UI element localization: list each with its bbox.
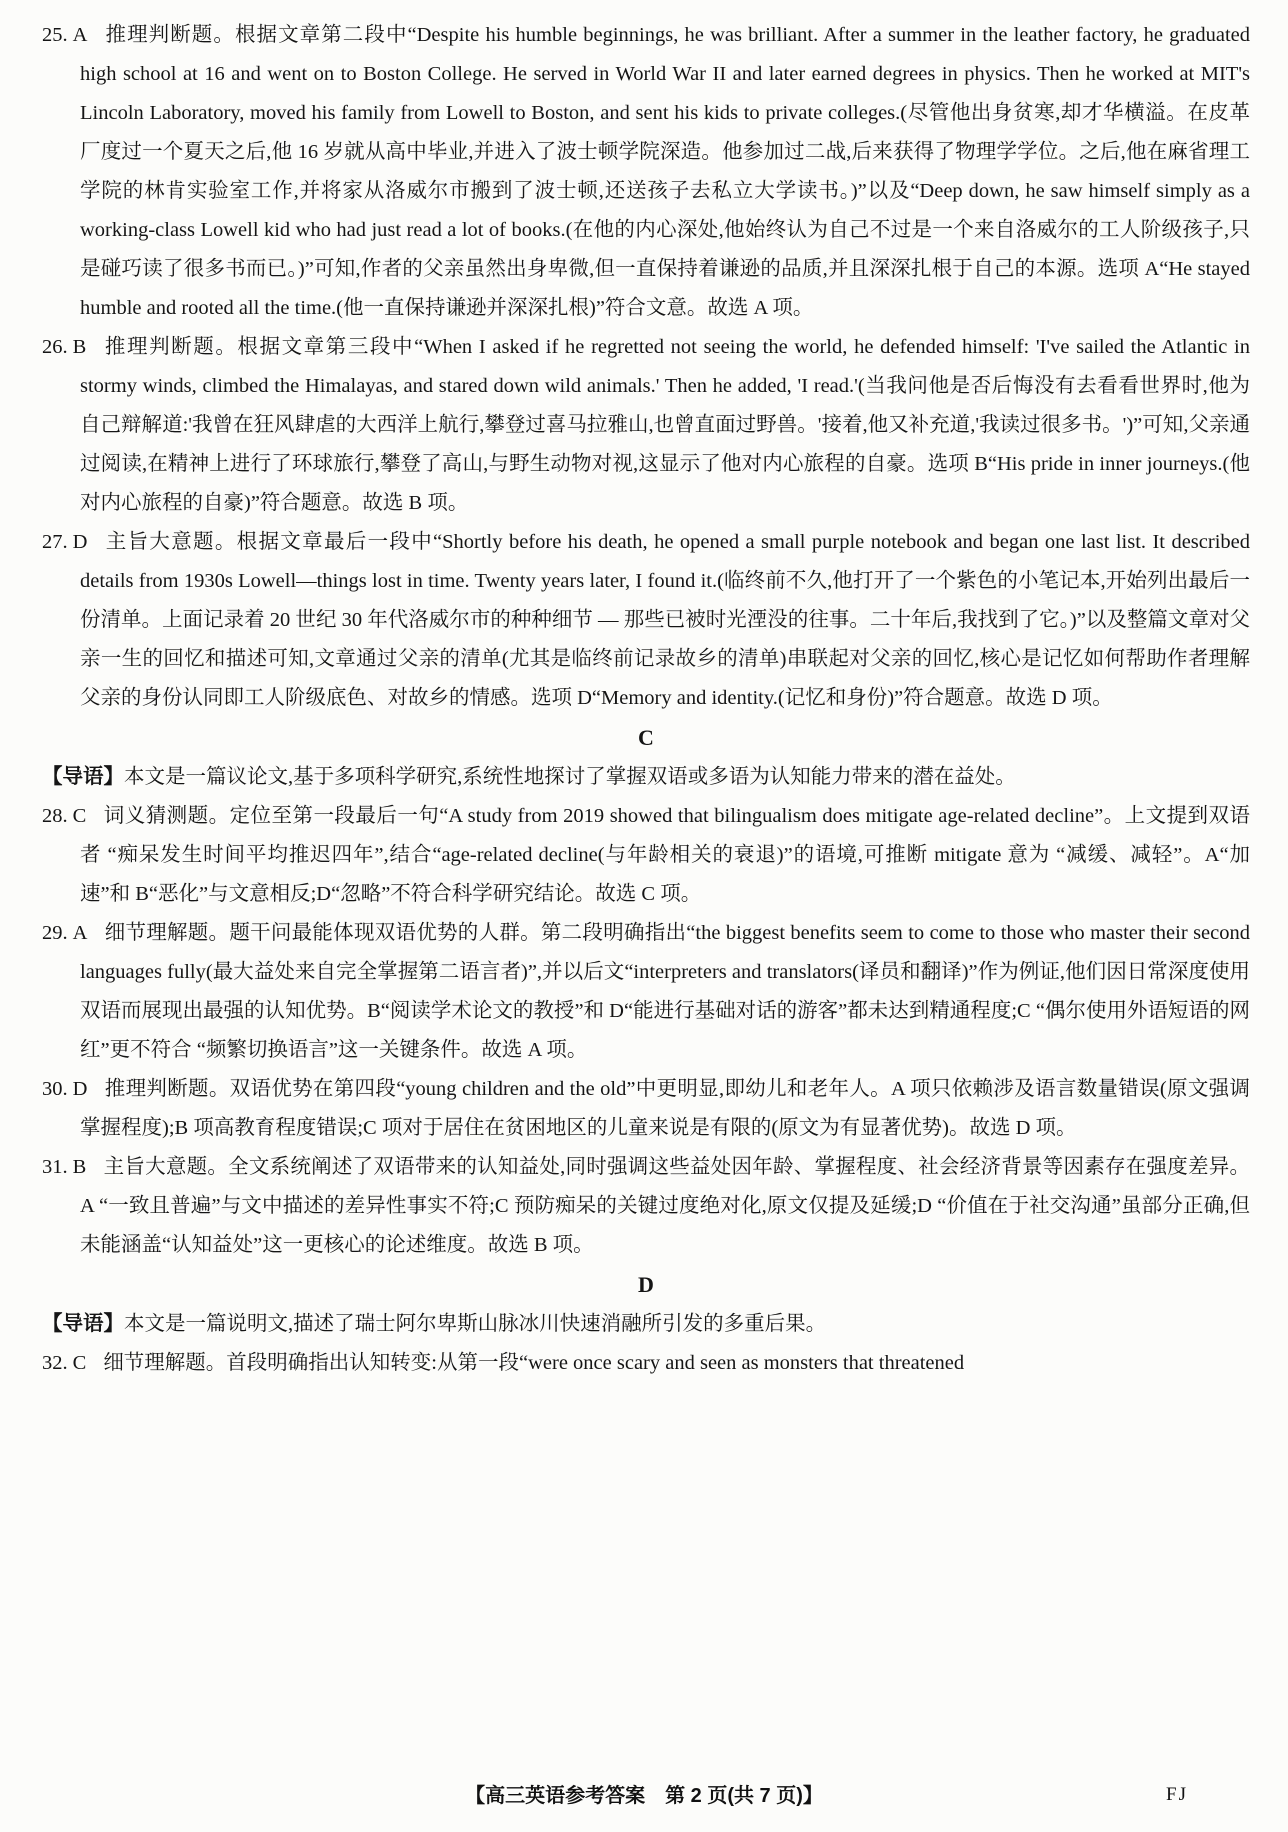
answer-item-25: 25.A推理判断题。根据文章第二段中“Despite his humble be… [80,16,1250,328]
page-footer: 【高三英语参考答案 第 2 页(共 7 页)】 FJ [0,1777,1288,1816]
answer-letter: D [73,531,88,553]
footer-paper-code: FJ [1166,1775,1188,1814]
answer-explanation: 主旨大意题。根据文章最后一段中“Shortly before his death… [80,531,1250,709]
question-number: 30. [42,1078,68,1100]
answer-explanation: 推理判断题。根据文章第三段中“When I asked if he regret… [80,336,1250,514]
question-number: 28. [42,805,68,827]
answer-explanation: 推理判断题。双语优势在第四段“young children and the ol… [80,1078,1250,1139]
intro-label: 【导语】 [42,1312,124,1335]
answer-explanation: 细节理解题。题干问最能体现双语优势的人群。第二段明确指出“the biggest… [80,922,1250,1061]
answer-key-page: 25.A推理判断题。根据文章第二段中“Despite his humble be… [0,0,1288,1832]
intro-text: 本文是一篇议论文,基于多项科学研究,系统性地探讨了掌握双语或多语为认知能力带来的… [124,766,1016,788]
answer-item-30: 30.D推理判断题。双语优势在第四段“young children and th… [80,1070,1250,1148]
passage-intro-c: 【导语】本文是一篇议论文,基于多项科学研究,系统性地探讨了掌握双语或多语为认知能… [42,757,1250,797]
question-number: 32. [42,1352,68,1374]
answer-explanation: 词义猜测题。定位至第一段最后一句“A study from 2019 showe… [80,805,1250,905]
answer-item-28: 28.C词义猜测题。定位至第一段最后一句“A study from 2019 s… [80,797,1250,914]
answer-explanation: 细节理解题。首段明确指出认知转变:从第一段“were once scary an… [103,1352,964,1374]
answer-letter: B [73,336,87,358]
question-number: 27. [42,531,68,553]
answer-letter: C [73,1352,87,1374]
answer-item-26: 26.B推理判断题。根据文章第三段中“When I asked if he re… [80,328,1250,523]
answer-letter: D [73,1078,88,1100]
answer-letter: A [73,24,88,46]
answer-item-31: 31.B主旨大意题。全文系统阐述了双语带来的认知益处,同时强调这些益处因年龄、掌… [80,1148,1250,1265]
section-header-d: D [42,1265,1250,1304]
answer-letter: A [73,922,88,944]
question-number: 29. [42,922,68,944]
answer-item-27: 27.D主旨大意题。根据文章最后一段中“Shortly before his d… [80,523,1250,718]
question-number: 26. [42,336,68,358]
footer-title: 【高三英语参考答案 第 2 页(共 7 页)】 [465,1785,823,1807]
question-number: 31. [42,1156,68,1178]
answer-item-32: 32.C细节理解题。首段明确指出认知转变:从第一段“were once scar… [80,1344,1250,1383]
answer-item-29: 29.A细节理解题。题干问最能体现双语优势的人群。第二段明确指出“the big… [80,914,1250,1070]
section-header-c: C [42,718,1250,757]
intro-text: 本文是一篇说明文,描述了瑞士阿尔卑斯山脉冰川快速消融所引发的多重后果。 [124,1313,826,1335]
answer-letter: B [73,1156,87,1178]
passage-intro-d: 【导语】本文是一篇说明文,描述了瑞士阿尔卑斯山脉冰川快速消融所引发的多重后果。 [42,1304,1250,1344]
intro-label: 【导语】 [42,765,124,788]
answer-explanation: 推理判断题。根据文章第二段中“Despite his humble beginn… [80,24,1250,319]
answer-letter: C [73,805,87,827]
question-number: 25. [42,24,68,46]
answer-explanation: 主旨大意题。全文系统阐述了双语带来的认知益处,同时强调这些益处因年龄、掌握程度、… [80,1156,1250,1256]
